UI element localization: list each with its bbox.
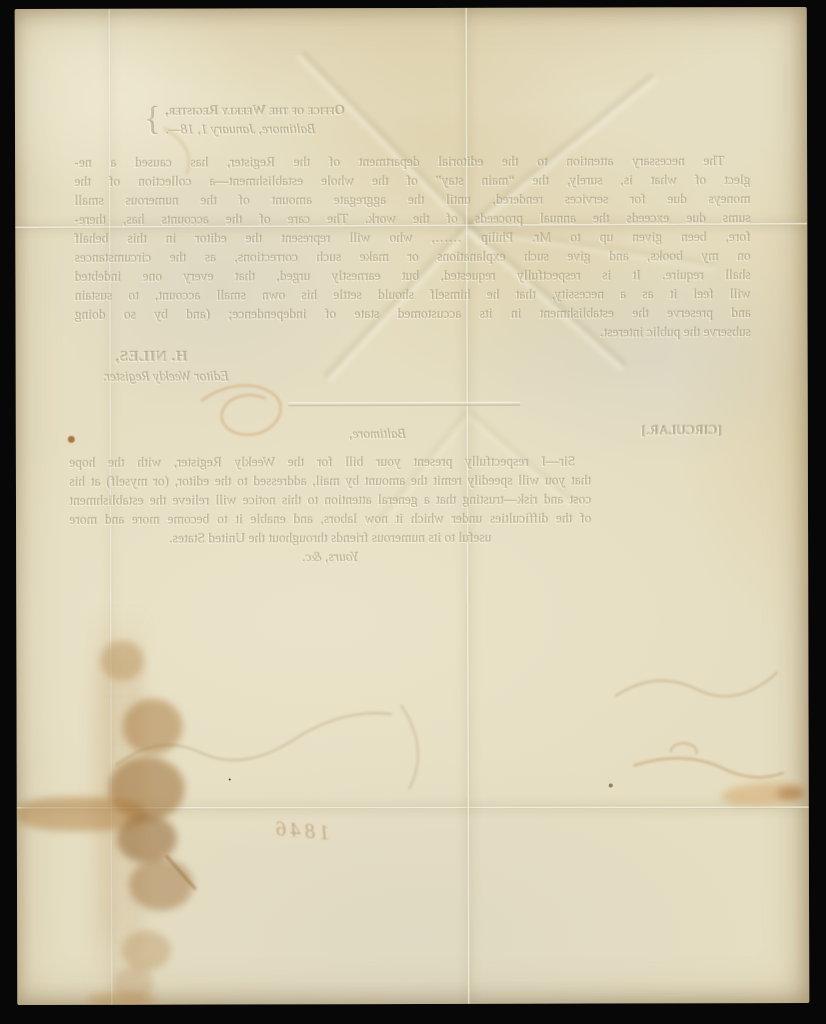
stain-blob: [117, 815, 177, 863]
paper-sheet: Office of the Weekly Register, Baltimore…: [15, 7, 810, 1005]
photo-frame: Office of the Weekly Register, Baltimore…: [0, 0, 826, 1024]
stain-blob: [100, 641, 144, 681]
dark-speck: [609, 783, 613, 787]
rust-dot: [68, 436, 75, 443]
handwritten-numerals: 1846: [271, 816, 331, 846]
stain-blob: [123, 699, 183, 755]
stain-blob: [87, 993, 157, 1005]
stain-blob: [777, 787, 805, 800]
stain-blob: [121, 931, 171, 971]
stain-blob: [129, 859, 193, 911]
dark-speck: [229, 778, 231, 780]
